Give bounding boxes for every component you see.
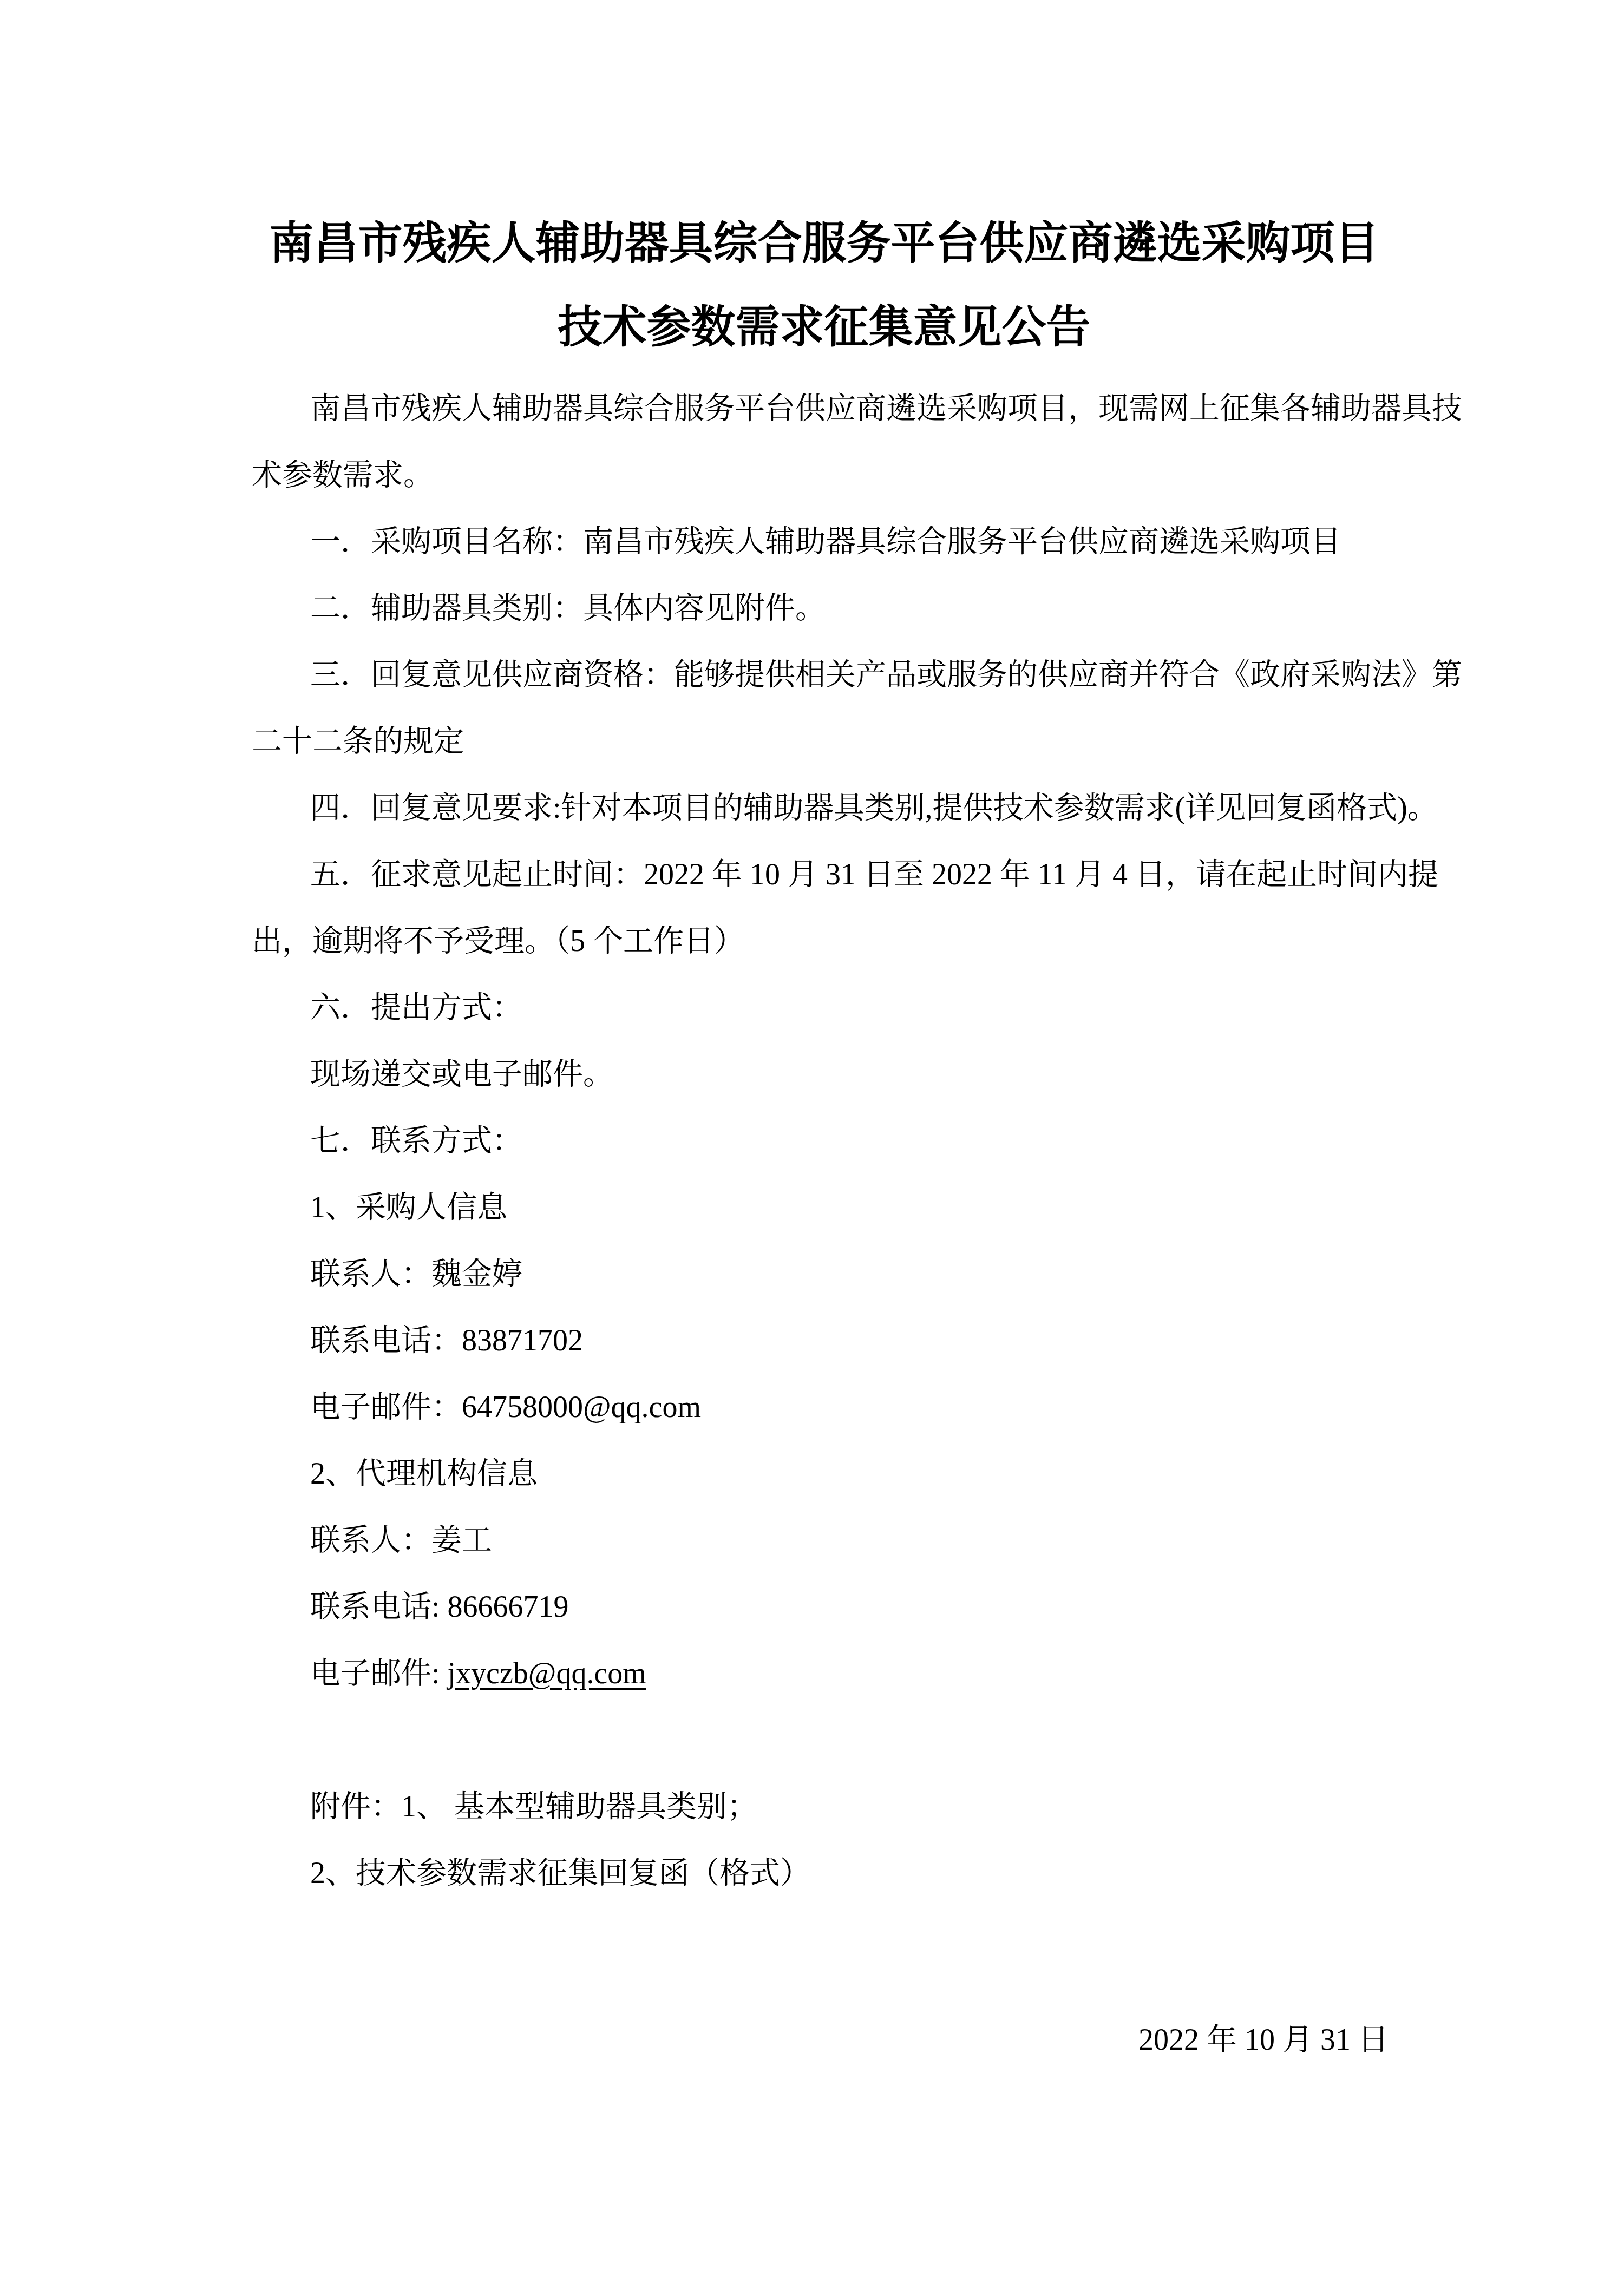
item-4-reply-requirement: 四．回复意见要求:针对本项目的辅助器具类别,提供技术参数需求(详见回复函格式)。: [252, 775, 1397, 842]
document-body: 南昌市残疾人辅助器具综合服务平台供应商遴选采购项目，现需网上征集各辅助器具技 术…: [252, 376, 1397, 1907]
purchaser-phone: 联系电话：83871702: [252, 1308, 1397, 1374]
agency-contact-person: 联系人：姜工: [252, 1507, 1397, 1574]
purchaser-contact-person: 联系人：魏金婷: [252, 1241, 1397, 1308]
blank-line: [252, 1707, 1397, 1774]
agency-email-link[interactable]: jxyczb@qq.com: [448, 1657, 646, 1690]
document-page: 南昌市残疾人辅助器具综合服务平台供应商遴选采购项目 技术参数需求征集意见公告 南…: [0, 0, 1624, 2296]
item-2-device-category: 二．辅助器具类别：具体内容见附件。: [252, 575, 1397, 642]
attachment-2: 2、技术参数需求征集回复函（格式）: [252, 1840, 1397, 1907]
document-title-line-2: 技术参数需求征集意见公告: [252, 285, 1397, 369]
item-6-submission-method-header: 六．提出方式：: [252, 975, 1397, 1041]
submission-method: 现场递交或电子邮件。: [252, 1041, 1397, 1108]
document-date: 2022 年 10 月 31 日: [252, 2007, 1397, 2074]
agency-email-label: 电子邮件:: [310, 1657, 448, 1690]
intro-line-2: 术参数需求。: [252, 442, 1397, 509]
attachment-1: 附件：1、 基本型辅助器具类别；: [252, 1774, 1397, 1840]
item-1-project-name: 一．采购项目名称：南昌市残疾人辅助器具综合服务平台供应商遴选采购项目: [252, 509, 1397, 575]
purchaser-info-header: 1、采购人信息: [252, 1175, 1397, 1241]
intro-line-1: 南昌市残疾人辅助器具综合服务平台供应商遴选采购项目，现需网上征集各辅助器具技: [252, 376, 1397, 442]
agency-email-line: 电子邮件: jxyczb@qq.com: [252, 1641, 1397, 1707]
item-7-contact-header: 七．联系方式：: [252, 1108, 1397, 1175]
agency-info-header: 2、代理机构信息: [252, 1441, 1397, 1507]
item-3-supplier-qualification-line-1: 三．回复意见供应商资格：能够提供相关产品或服务的供应商并符合《政府采购法》第: [252, 642, 1397, 709]
agency-phone: 联系电话: 86666719: [252, 1574, 1397, 1641]
document-title-line-1: 南昌市残疾人辅助器具综合服务平台供应商遴选采购项目: [252, 201, 1397, 285]
item-3-supplier-qualification-line-2: 二十二条的规定: [252, 709, 1397, 775]
item-5-time-range-line-1: 五．征求意见起止时间：2022 年 10 月 31 日至 2022 年 11 月…: [252, 842, 1397, 908]
item-5-time-range-line-2: 出，逾期将不予受理。（5 个工作日）: [252, 908, 1397, 975]
purchaser-email: 电子邮件：64758000@qq.com: [252, 1374, 1397, 1441]
